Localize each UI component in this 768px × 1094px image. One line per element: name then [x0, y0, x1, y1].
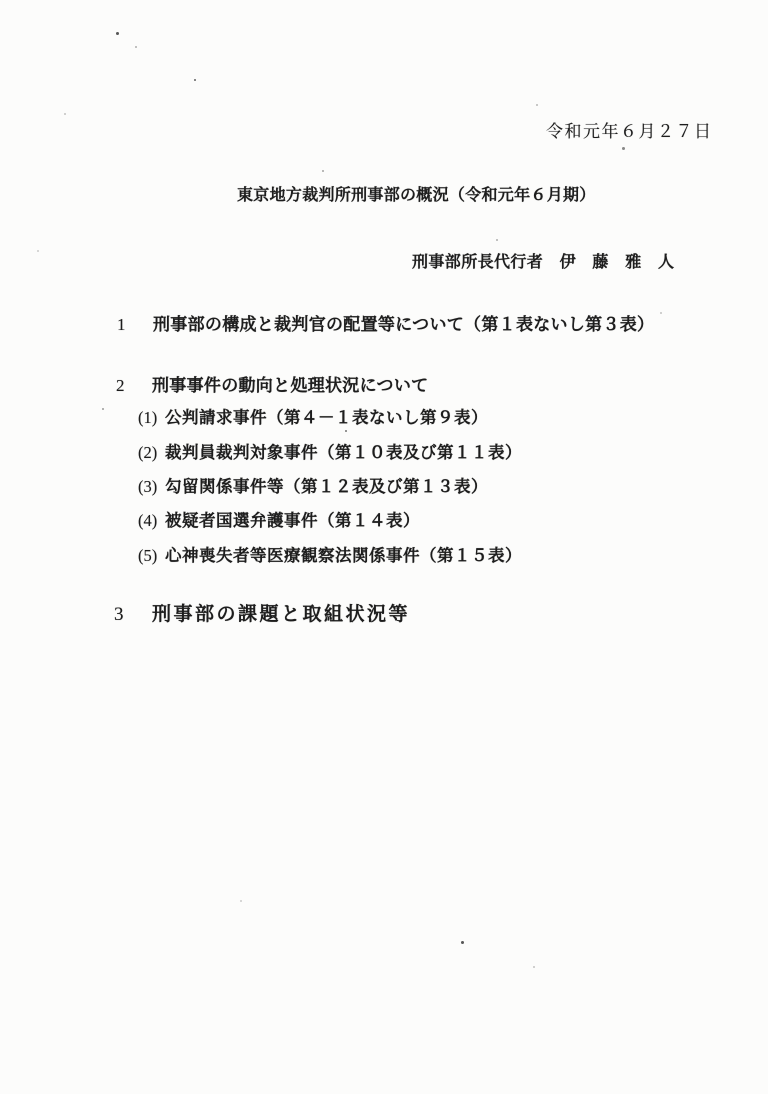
- section-2-item-4: (4)被疑者国選弁護事件（第１４表）: [138, 507, 420, 531]
- noise-speck: [37, 250, 39, 252]
- section-1-text: 刑事部の構成と裁判官の配置等について（第１表ないし第３表）: [153, 315, 654, 334]
- noise-speck: [322, 170, 324, 172]
- noise-speck: [194, 79, 196, 81]
- noise-speck: [496, 239, 498, 241]
- noise-speck: [102, 408, 104, 410]
- noise-speck: [622, 147, 625, 150]
- noise-speck: [461, 941, 464, 944]
- section-2-item-5-number: (5): [138, 546, 165, 566]
- section-2-item-1-text: 公判請求事件（第４－１表ないし第９表）: [165, 408, 488, 427]
- section-2-text: 刑事事件の動向と処理状況について: [152, 376, 428, 395]
- document-author: 刑事部所長代行者 伊 藤 雅 人: [412, 249, 674, 272]
- section-1-number: 1: [117, 315, 153, 335]
- noise-speck: [345, 430, 347, 432]
- section-2-number: 2: [116, 376, 152, 396]
- section-2-item-1: (1)公判請求事件（第４－１表ないし第９表）: [138, 404, 488, 428]
- section-2-item-3: (3)勾留関係事件等（第１２表及び第１３表）: [138, 473, 488, 497]
- section-2-heading: 2刑事事件の動向と処理状況について: [116, 371, 428, 396]
- scanned-document-page: 令和元年６月２７日 東京地方裁判所刑事部の概況（令和元年６月期） 刑事部所長代行…: [0, 0, 768, 1094]
- noise-speck: [660, 312, 662, 314]
- section-2-item-5: (5)心神喪失者等医療観察法関係事件（第１５表）: [138, 542, 522, 566]
- noise-speck: [64, 113, 66, 115]
- noise-speck: [536, 104, 538, 106]
- document-title: 東京地方裁判所刑事部の概況（令和元年６月期）: [237, 182, 596, 205]
- section-2-item-5-text: 心神喪失者等医療観察法関係事件（第１５表）: [165, 546, 522, 565]
- section-3-heading: 3刑事部の課題と取組状況等: [114, 599, 410, 626]
- section-2-item-2: (2)裁判員裁判対象事件（第１０表及び第１１表）: [138, 439, 522, 463]
- noise-speck: [135, 46, 137, 48]
- section-2-item-3-number: (3): [138, 477, 165, 497]
- section-2-item-1-number: (1): [138, 408, 165, 428]
- noise-speck: [116, 32, 119, 35]
- noise-speck: [240, 900, 242, 902]
- section-2-item-3-text: 勾留関係事件等（第１２表及び第１３表）: [165, 477, 488, 496]
- section-2-item-2-text: 裁判員裁判対象事件（第１０表及び第１１表）: [165, 443, 522, 462]
- section-2-item-2-number: (2): [138, 443, 165, 463]
- document-date: 令和元年６月２７日: [546, 117, 713, 142]
- section-3-text: 刑事部の課題と取組状況等: [152, 604, 410, 625]
- section-2-item-4-text: 被疑者国選弁護事件（第１４表）: [165, 511, 420, 530]
- section-2-item-4-number: (4): [138, 511, 165, 531]
- noise-speck: [533, 966, 535, 968]
- section-1-heading: 1刑事部の構成と裁判官の配置等について（第１表ないし第３表）: [117, 310, 654, 335]
- section-3-number: 3: [114, 604, 152, 626]
